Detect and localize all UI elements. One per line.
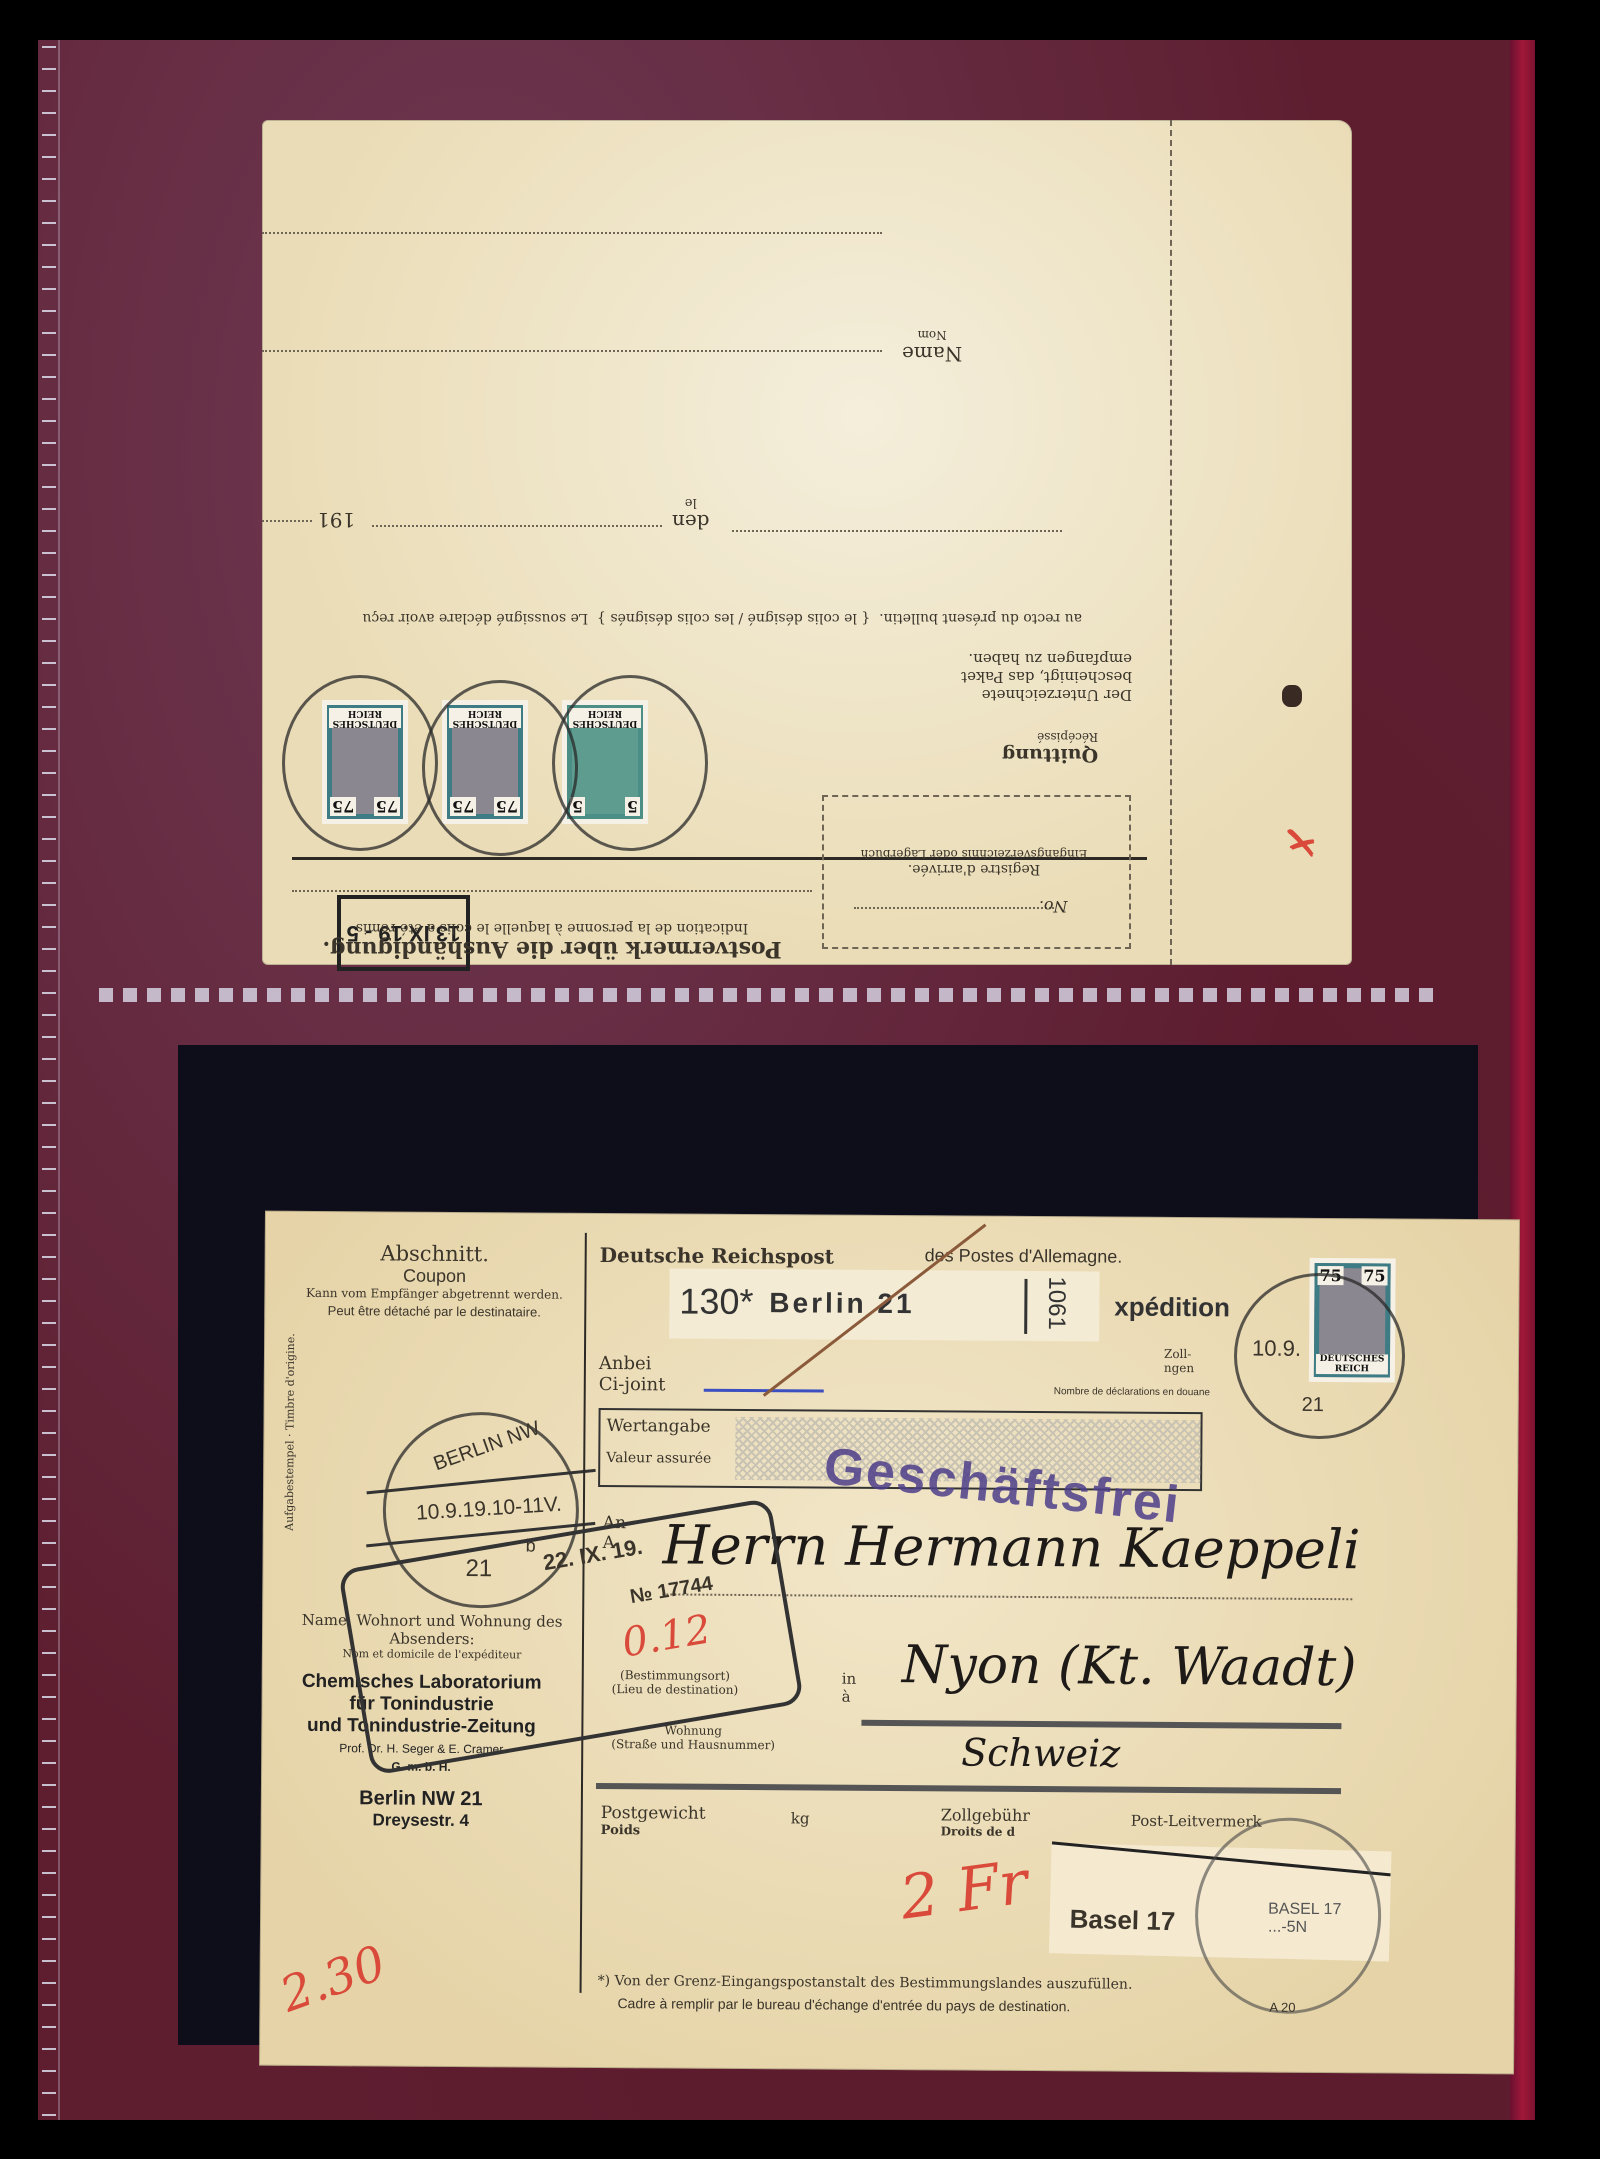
footnote-fr: Cadre à remplir par le bureau d'échange …	[617, 1995, 1070, 2014]
form-code: A 20	[1269, 2000, 1295, 2015]
weight-label: Postgewicht Poids	[601, 1803, 706, 1839]
customs-fee-label: Zollgebühr Droits de d	[941, 1805, 1030, 1839]
perforation-line	[1170, 120, 1172, 965]
street-label: Wohnung (Straße und Hausnummer)	[611, 1723, 775, 1752]
origin-stamp-label: Aufgabestempel · Timbre d'origine.	[283, 1333, 297, 1531]
destination-country: Schweiz	[961, 1731, 1120, 1776]
parcel-card-reverse: Name Nom 191 den le au recto du présent …	[262, 120, 1352, 965]
coupon-header: Abschnitt. Coupon Kann vom Empfänger abg…	[284, 1241, 585, 1320]
red-fee-3: 2 Fr	[896, 1847, 1032, 1933]
binder-holes	[42, 40, 56, 2120]
in-label: in à	[842, 1670, 857, 1706]
footnote-de: *) Von der Grenz-Eingangspostanstalt des…	[598, 1973, 1133, 1993]
receipt-text-de: Der Unterzeichnete bescheinigt, das Pake…	[902, 650, 1132, 704]
red-crayon-mark: ✗	[1273, 823, 1324, 864]
kg-label: kg	[791, 1809, 810, 1827]
zoll-label: Zoll- ngen	[1164, 1347, 1194, 1375]
receipt-statement: au recto du présent bulletin. { le colis…	[322, 610, 1082, 626]
red-fee-2: 2.30	[273, 1935, 392, 2024]
date-label: den le	[672, 495, 710, 534]
douane-note: Nombre de déclarations en douane	[1054, 1386, 1210, 1398]
header-de: Deutsche Reichspost	[600, 1243, 834, 1269]
destination-town: Nyon (Kt. Waadt)	[902, 1635, 1357, 1698]
delivery-heading: Postvermerk über die Aushändigung. Indic…	[292, 920, 812, 962]
cancel-mark	[282, 675, 438, 851]
cancel-mark	[552, 675, 708, 851]
pocket-seam	[58, 40, 60, 2120]
dispatch-label: 130* Berlin 21 1061	[669, 1268, 1099, 1341]
ink-spot	[1282, 685, 1302, 707]
arrival-cancel: BASEL 17 ...-5N	[1194, 1817, 1381, 2014]
destination-label: (Bestimmungsort) (Lieu de destination)	[612, 1668, 739, 1697]
parcel-card-front: Abschnitt. Coupon Kann vom Empfänger abg…	[259, 1211, 1520, 2075]
year-prefix: 191	[317, 508, 355, 532]
receipt-header: Quittung Récépissé	[1002, 730, 1098, 766]
leitvermerk-label: Post-Leitvermerk	[1131, 1812, 1262, 1831]
register-box: Registre d'arrivée. Eingangsverzeichnis …	[822, 795, 1131, 949]
pocket-stitching	[93, 988, 1443, 1002]
expedition-text: xpédition	[1114, 1292, 1230, 1324]
stamp-cancel: 10.9. 21	[1233, 1272, 1405, 1439]
name-label: Name Nom	[902, 328, 962, 366]
anbei-label: Anbei Ci-joint	[599, 1353, 666, 1395]
